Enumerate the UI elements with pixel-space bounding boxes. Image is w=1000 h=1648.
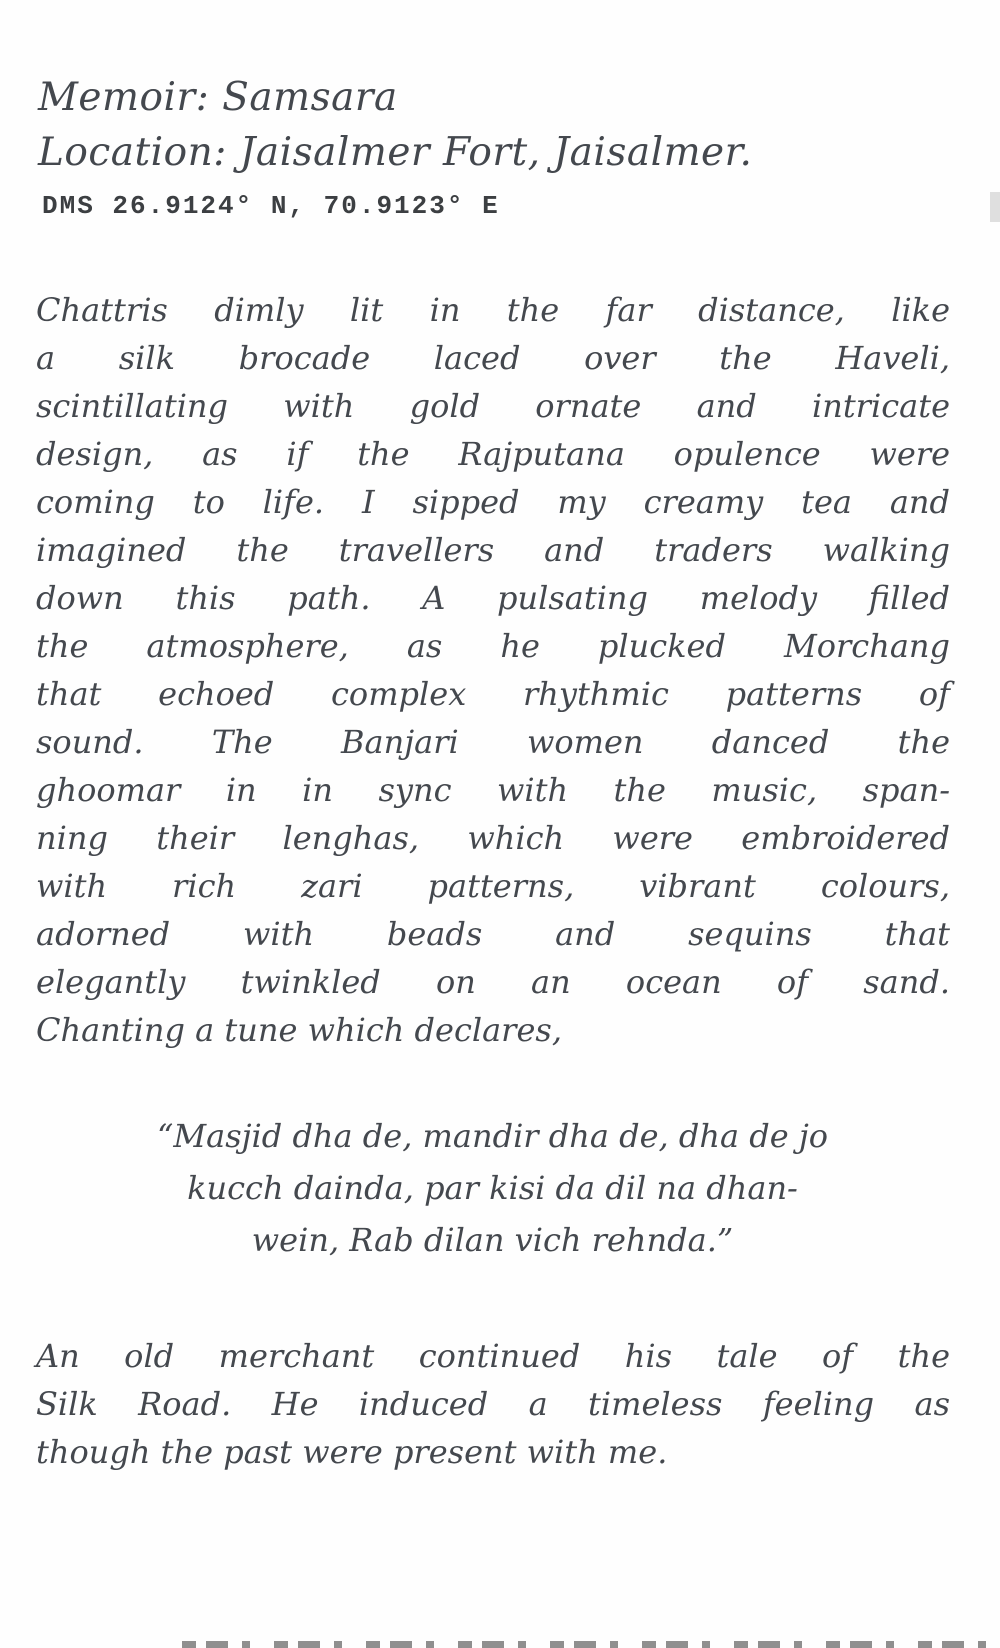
paragraph-line: coming to life. I sipped my creamy tea a… bbox=[36, 478, 950, 526]
paragraph-line: adorned with beads and sequins that bbox=[36, 910, 950, 958]
paragraph-line: design, as if the Rajputana opulence wer… bbox=[36, 430, 950, 478]
paragraph-line: though the past were present with me. bbox=[36, 1428, 950, 1476]
memoir-header: Memoir: Samsara Location: Jaisalmer Fort… bbox=[38, 70, 950, 228]
paragraph-line: a silk brocade laced over the Haveli, bbox=[36, 334, 950, 382]
paragraph-line: down this path. A pulsating melody fille… bbox=[36, 574, 950, 622]
paragraph-line: the atmosphere, as he plucked Morchang bbox=[36, 622, 950, 670]
paragraph-line: elegantly twinkled on an ocean of sand. bbox=[36, 958, 950, 1006]
paragraph-line: sound. The Banjari women danced the bbox=[36, 718, 950, 766]
paragraph-line: ghoomar in in sync with the music, span- bbox=[36, 766, 950, 814]
coordinates-line: DMS 26.9124° N, 70.9123° E bbox=[42, 184, 950, 228]
song-quote: “Masjid dha de, mandir dha de, dha de jo… bbox=[55, 1110, 930, 1266]
location-line: Location: Jaisalmer Fort, Jaisalmer. bbox=[38, 125, 950, 180]
quote-line: “Masjid dha de, mandir dha de, dha de jo bbox=[55, 1110, 930, 1162]
paragraph-line: with rich zari patterns, vibrant colours… bbox=[36, 862, 950, 910]
paragraph-line: ning their lenghas, which were embroider… bbox=[36, 814, 950, 862]
paragraph-line: Chanting a tune which declares, bbox=[36, 1006, 950, 1054]
page-edge-artifact bbox=[990, 192, 1000, 222]
quote-line: wein, Rab dilan vich rehnda.” bbox=[55, 1214, 930, 1266]
memoir-page: Memoir: Samsara Location: Jaisalmer Fort… bbox=[0, 0, 1000, 1648]
paragraph-two: An old merchant continued his tale of th… bbox=[36, 1332, 950, 1476]
paragraph-line: An old merchant continued his tale of th… bbox=[36, 1332, 950, 1380]
paragraph-line: Chattris dimly lit in the far distance, … bbox=[36, 286, 950, 334]
paragraph-line: Silk Road. He induced a timeless feeling… bbox=[36, 1380, 950, 1428]
paragraph-line: imagined the travellers and traders walk… bbox=[36, 526, 950, 574]
paragraph-line: that echoed complex rhythmic patterns of bbox=[36, 670, 950, 718]
paragraph-one: Chattris dimly lit in the far distance, … bbox=[36, 286, 950, 1054]
cutoff-text-strip bbox=[182, 1641, 1000, 1648]
memoir-title: Memoir: Samsara bbox=[38, 70, 950, 125]
paragraph-line: scintillating with gold ornate and intri… bbox=[36, 382, 950, 430]
quote-line: kucch dainda, par kisi da dil na dhan- bbox=[55, 1162, 930, 1214]
